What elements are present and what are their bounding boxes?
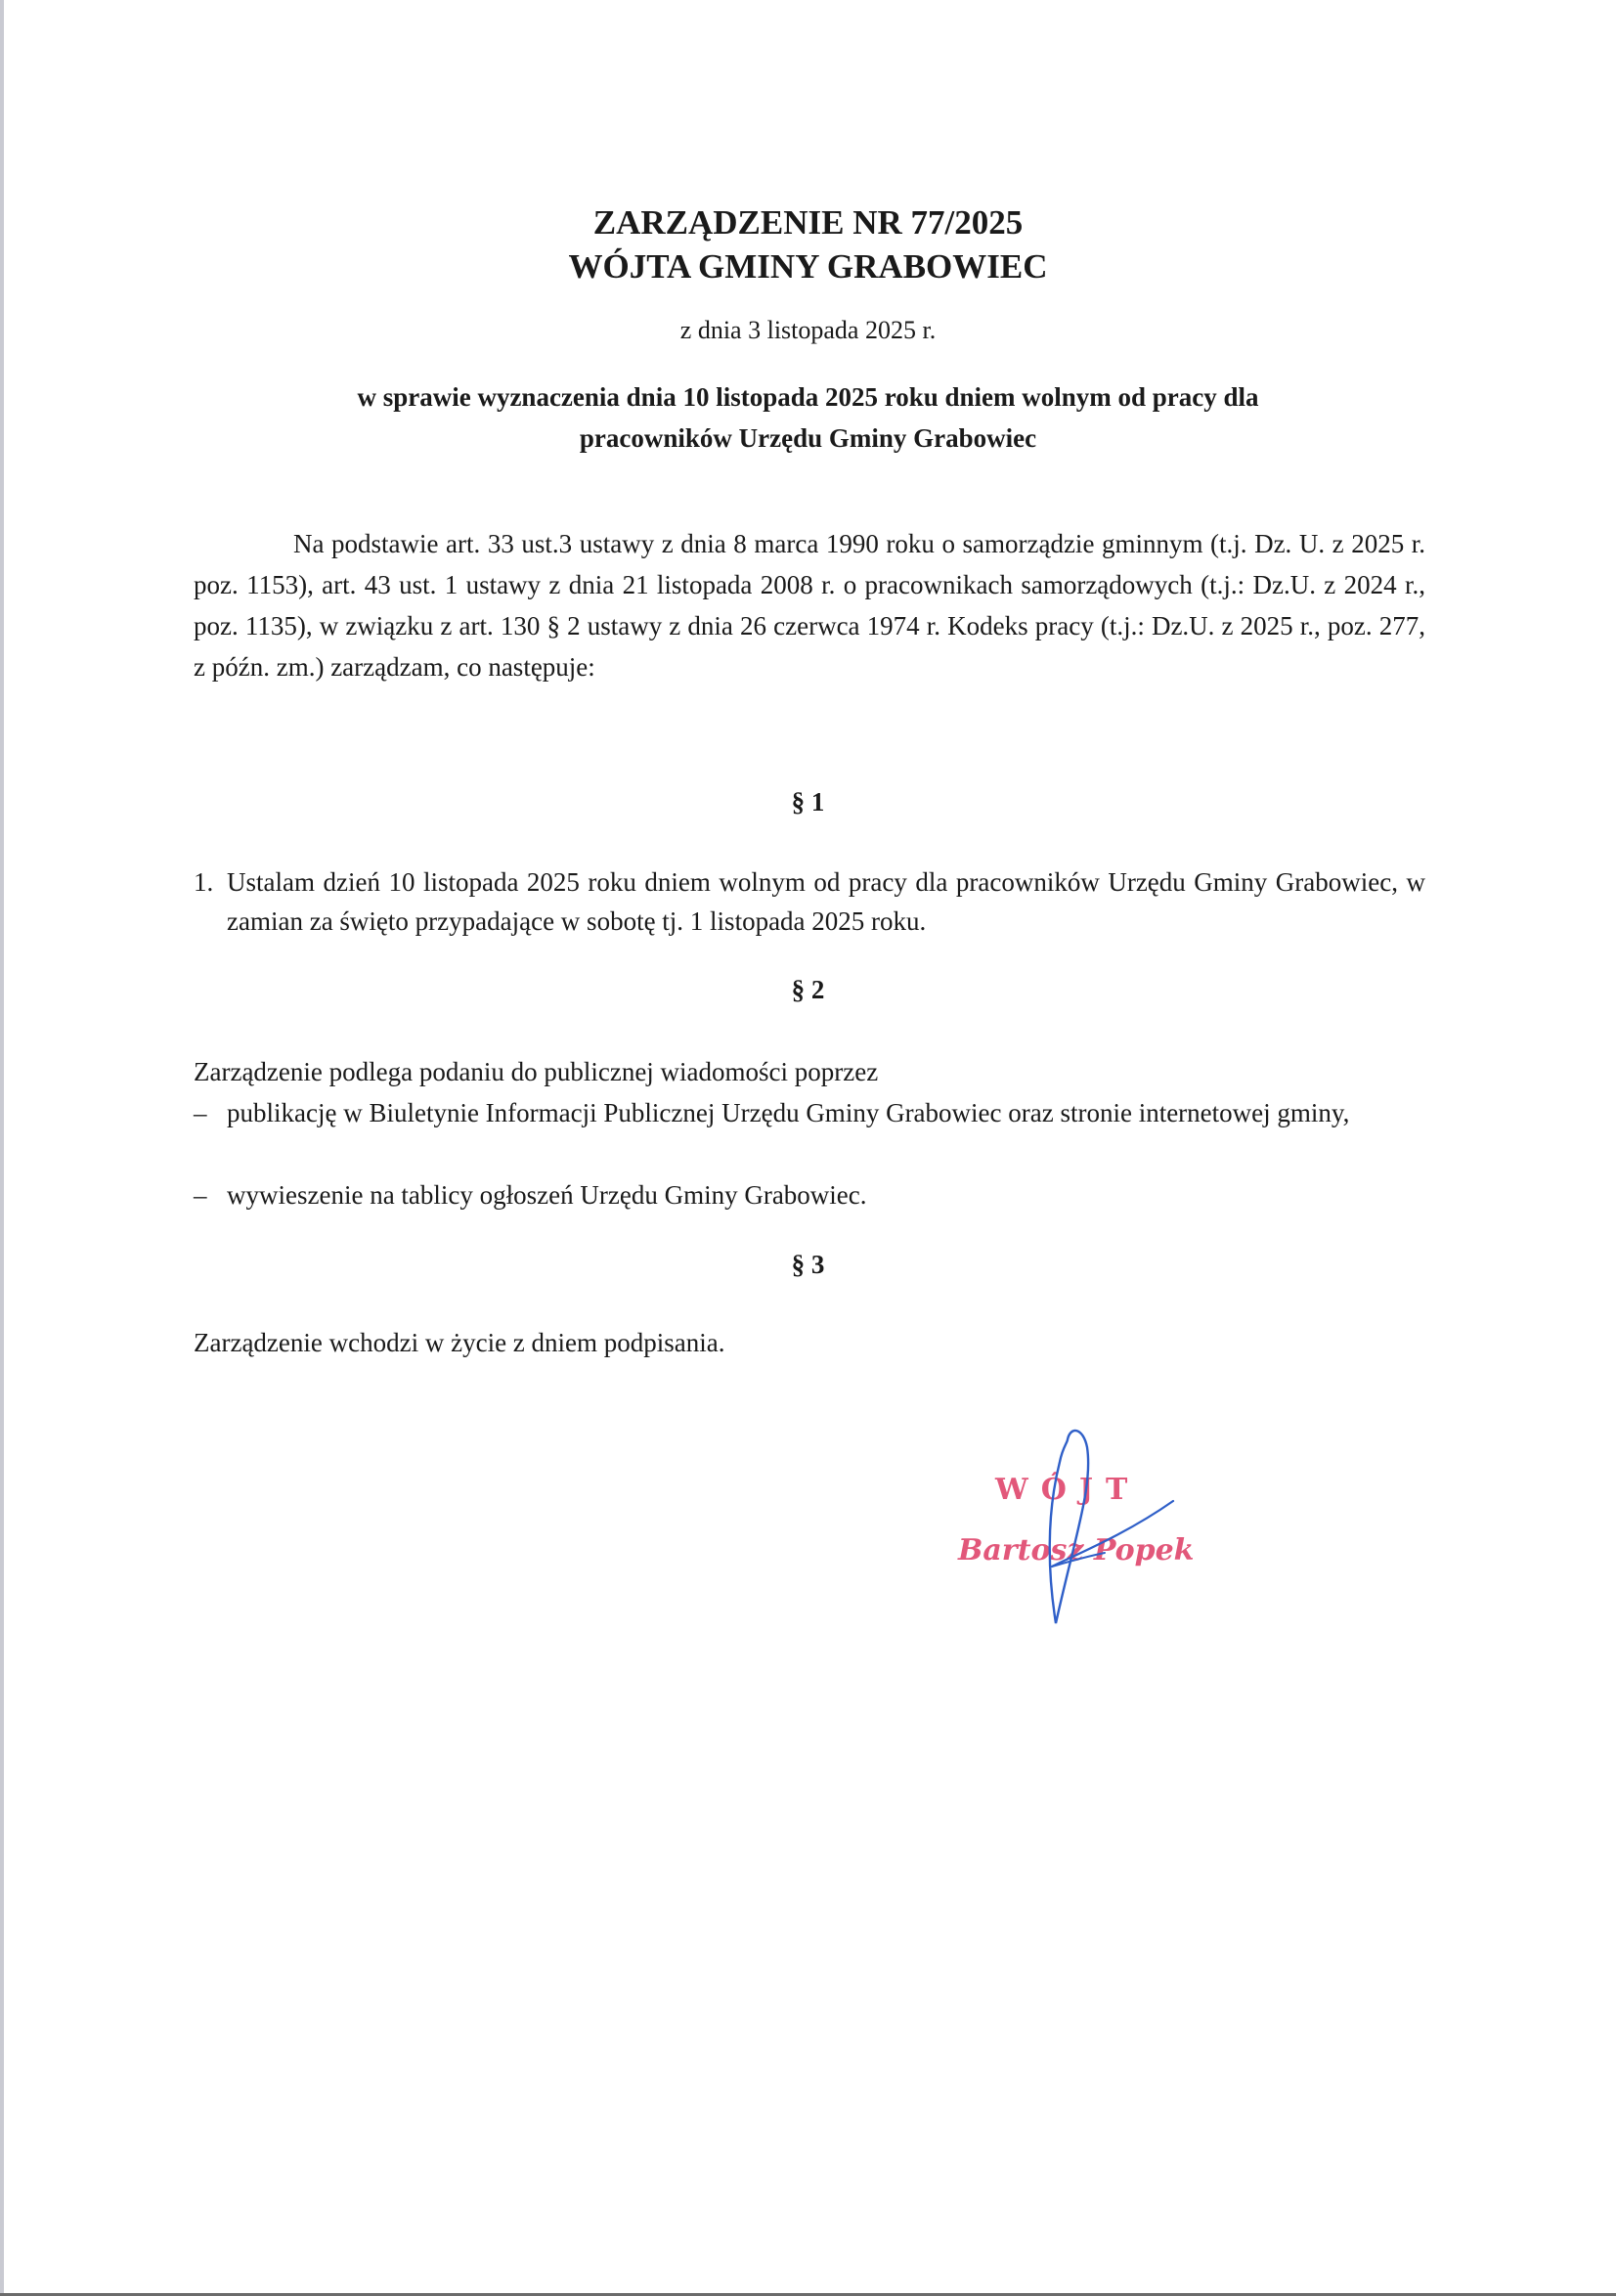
title-line-2: WÓJTA GMINY GRABOWIEC [0, 244, 1616, 288]
section-2-bullet-1: – publikację w Biuletynie Informacji Pub… [227, 1092, 1425, 1133]
section-3-heading: § 3 [0, 1250, 1616, 1280]
document-subject: w sprawie wyznaczenia dnia 10 listopada … [0, 376, 1616, 459]
section-2-intro: Zarządzenie podlega podaniu do publiczne… [194, 1051, 1425, 1092]
dash-bullet-icon: – [194, 1174, 207, 1215]
title-line-1: ZARZĄDZENIE NR 77/2025 [0, 200, 1616, 244]
section-1-item-1: 1. Ustalam dzień 10 listopada 2025 roku … [227, 862, 1425, 941]
section-2-heading: § 2 [0, 975, 1616, 1005]
document-title: ZARZĄDZENIE NR 77/2025 WÓJTA GMINY GRABO… [0, 200, 1616, 288]
item-text: Ustalam dzień 10 listopada 2025 roku dni… [227, 867, 1425, 936]
section-3-text: Zarządzenie wchodzi w życie z dniem podp… [194, 1322, 1425, 1363]
dash-bullet-icon: – [194, 1092, 207, 1133]
section-1-heading: § 1 [0, 787, 1616, 817]
bullet-text: wywieszenie na tablicy ogłoszeń Urzędu G… [227, 1180, 867, 1210]
subject-line-1: w sprawie wyznaczenia dnia 10 listopada … [0, 376, 1616, 418]
bullet-text: publikację w Biuletynie Informacji Publi… [227, 1098, 1349, 1127]
subject-line-2: pracowników Urzędu Gminy Grabowiec [0, 418, 1616, 459]
document-date: z dnia 3 listopada 2025 r. [0, 316, 1616, 345]
item-number: 1. [194, 862, 213, 902]
preamble-paragraph: Na podstawie art. 33 ust.3 ustawy z dnia… [194, 523, 1425, 687]
section-2-bullet-2: – wywieszenie na tablicy ogłoszeń Urzędu… [227, 1174, 1425, 1215]
signature-icon [1017, 1418, 1212, 1633]
